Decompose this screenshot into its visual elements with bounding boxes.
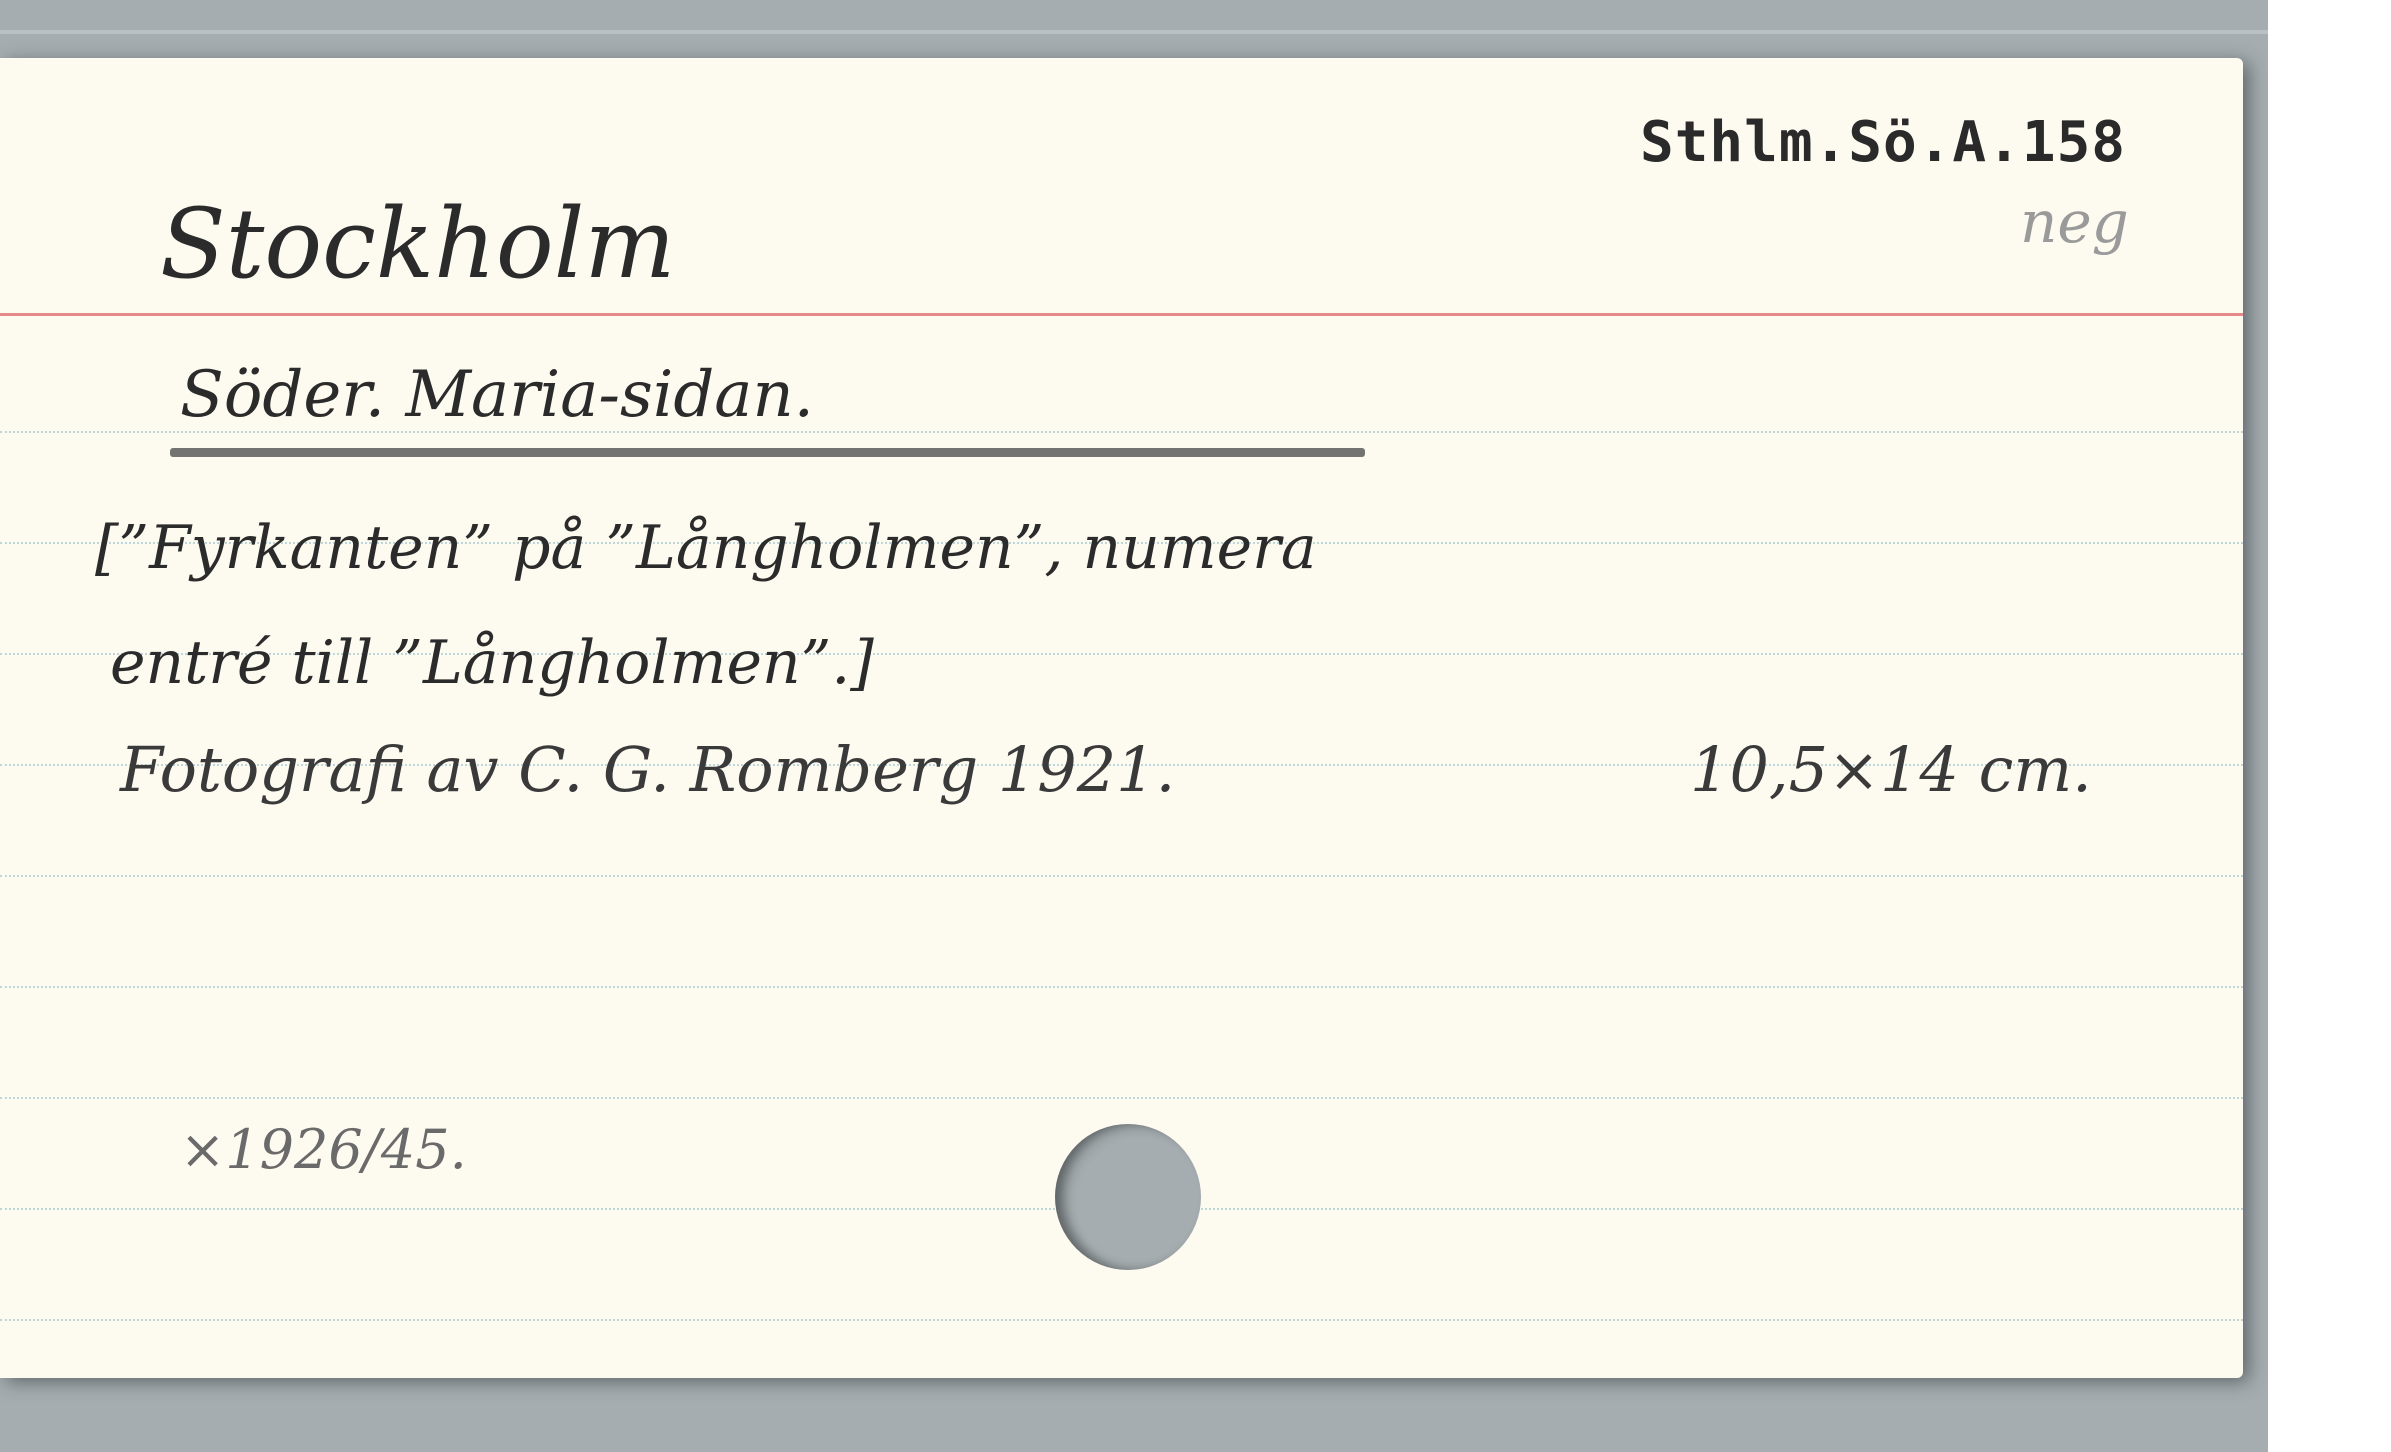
catalog-card: Sthlm.Sö.A.158 neg Stockholm Söder. Mari… bbox=[0, 58, 2243, 1378]
ruled-line bbox=[0, 986, 2243, 988]
description-line-1: [”Fyrkanten” på ”Långholmen”, numera bbox=[95, 513, 1317, 583]
ruled-line bbox=[0, 875, 2243, 877]
subtitle-underline bbox=[170, 448, 1365, 457]
call-number: Sthlm.Sö.A.158 bbox=[1640, 110, 2126, 175]
accession-note: ×1926/45. bbox=[180, 1118, 467, 1181]
photo-credit: Fotografi av C. G. Romberg 1921. bbox=[120, 733, 1175, 806]
header-rule bbox=[0, 313, 2243, 316]
ruled-line bbox=[0, 1097, 2243, 1099]
scanner-band bbox=[0, 30, 2268, 34]
punch-hole bbox=[1055, 1124, 1201, 1270]
negative-note: neg bbox=[2020, 188, 2129, 256]
photo-size: 10,5×14 cm. bbox=[1690, 733, 2092, 806]
card-subtitle: Söder. Maria-sidan. bbox=[180, 358, 814, 432]
ruled-line bbox=[0, 1319, 2243, 1321]
card-title: Stockholm bbox=[160, 188, 675, 300]
description-line-2: entré till ”Långholmen”.] bbox=[110, 628, 874, 698]
